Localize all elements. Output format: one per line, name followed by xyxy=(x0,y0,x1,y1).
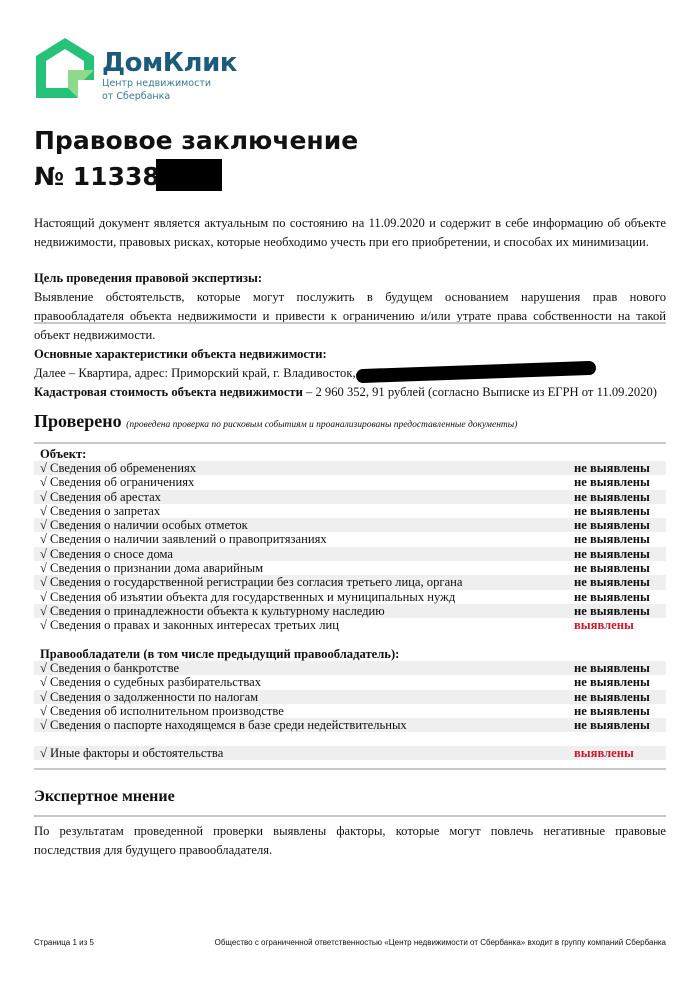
check-status: не выявлены xyxy=(574,604,666,618)
check-row: √ Сведения о сносе домане выявлены xyxy=(34,547,666,561)
check-status: не выявлены xyxy=(574,718,666,732)
brand-name: ДомКлик xyxy=(102,50,237,76)
check-label: √ Сведения о сносе дома xyxy=(40,547,173,561)
check-status: не выявлены xyxy=(574,461,666,475)
company-note: Общество с ограниченной ответственностью… xyxy=(215,938,666,947)
divider xyxy=(34,322,666,324)
expert-heading: Экспертное мнение xyxy=(34,788,175,806)
divider xyxy=(34,768,666,770)
check-status: выявлены xyxy=(574,618,666,632)
group-other: √ Иные факторы и обстоятельствавыявлены xyxy=(34,746,666,760)
brand-tagline-2: от Сбербанка xyxy=(102,91,237,102)
expert-text: По результатам проведенной проверки выяв… xyxy=(34,822,666,860)
check-label: √ Сведения о правах и законных интересах… xyxy=(40,618,339,632)
check-status: не выявлены xyxy=(574,675,666,689)
group-object: Объект:√ Сведения об обремененияхне выяв… xyxy=(34,447,666,633)
purpose-heading: Цель проведения правовой экспертизы: xyxy=(34,269,666,288)
house-logo-icon xyxy=(34,36,96,100)
check-label: √ Сведения об обременениях xyxy=(40,461,196,475)
cadastral-value: Кадастровая стоимость объекта недвижимос… xyxy=(34,383,666,402)
check-label: √ Сведения об ограничениях xyxy=(40,475,194,489)
check-label: √ Сведения о судебных разбирательствах xyxy=(40,675,261,689)
check-label: √ Сведения об изъятии объекта для госуда… xyxy=(40,590,455,604)
check-status: не выявлены xyxy=(574,561,666,575)
page-footer: Страница 1 из 5 Общество с ограниченной … xyxy=(34,938,666,947)
check-row: √ Сведения о признании дома аварийнымне … xyxy=(34,561,666,575)
document-title: Правовое заключение № 11338 xyxy=(34,123,358,195)
check-status: не выявлены xyxy=(574,518,666,532)
intro-paragraph: Настоящий документ является актуальным п… xyxy=(34,214,666,252)
checked-note: (проведена проверка по рисковым событиям… xyxy=(126,420,517,430)
check-row: √ Сведения об исполнительном производств… xyxy=(34,704,666,718)
check-label: √ Сведения о принадлежности объекта к ку… xyxy=(40,604,385,618)
redaction-box xyxy=(156,159,222,191)
check-row: √ Сведения о паспорте находящемся в базе… xyxy=(34,718,666,732)
property-section: Основные характеристики объекта недвижим… xyxy=(34,345,666,402)
group-title: Объект: xyxy=(34,447,666,461)
divider xyxy=(34,815,666,817)
check-label: √ Сведения о наличии особых отметок xyxy=(40,518,248,532)
check-status: не выявлены xyxy=(574,690,666,704)
check-row: √ Сведения о наличии особых отметокне вы… xyxy=(34,518,666,532)
check-row: √ Сведения об изъятии объекта для госуда… xyxy=(34,590,666,604)
property-address: Далее – Квартира, адрес: Приморский край… xyxy=(34,364,666,383)
check-row: √ Сведения о правах и законных интересах… xyxy=(34,618,666,632)
check-label: √ Сведения о паспорте находящемся в базе… xyxy=(40,718,407,732)
document-number: № 11338 xyxy=(34,159,358,195)
check-row: √ Иные факторы и обстоятельствавыявлены xyxy=(34,746,666,760)
check-label: √ Сведения об исполнительном производств… xyxy=(40,704,284,718)
page-number: Страница 1 из 5 xyxy=(34,938,94,947)
check-row: √ Сведения о судебных разбирательствахне… xyxy=(34,675,666,689)
number-prefix: № 11338 xyxy=(34,162,160,191)
title-line: Правовое заключение xyxy=(34,123,358,159)
check-row: √ Сведения об обремененияхне выявлены xyxy=(34,461,666,475)
check-label: √ Сведения о запретах xyxy=(40,504,160,518)
purpose-text: Выявление обстоятельств, которые могут п… xyxy=(34,288,666,345)
checked-heading: Проверено (проведена проверка по рисковы… xyxy=(34,411,517,432)
check-status: не выявлены xyxy=(574,575,666,589)
domclick-logo: ДомКлик Центр недвижимости от Сбербанка xyxy=(34,36,237,102)
check-label: √ Сведения о признании дома аварийным xyxy=(40,561,263,575)
check-label: √ Иные факторы и обстоятельства xyxy=(40,746,223,760)
divider xyxy=(34,442,666,444)
check-status: выявлены xyxy=(574,746,666,760)
group-title: Правообладатели (в том числе предыдущий … xyxy=(34,647,666,661)
address-redaction xyxy=(355,361,595,383)
check-status: не выявлены xyxy=(574,590,666,604)
check-row: √ Сведения о задолженности по налогамне … xyxy=(34,690,666,704)
check-row: √ Сведения о наличии заявлений о правопр… xyxy=(34,532,666,546)
check-row: √ Сведения о банкротствене выявлены xyxy=(34,661,666,675)
check-status: не выявлены xyxy=(574,504,666,518)
check-row: √ Сведения о государственной регистрации… xyxy=(34,575,666,589)
check-row: √ Сведения об арестахне выявлены xyxy=(34,490,666,504)
brand-tagline-1: Центр недвижимости xyxy=(102,78,237,89)
check-label: √ Сведения о задолженности по налогам xyxy=(40,690,258,704)
check-row: √ Сведения о запретахне выявлены xyxy=(34,504,666,518)
check-status: не выявлены xyxy=(574,661,666,675)
check-status: не выявлены xyxy=(574,532,666,546)
check-status: не выявлены xyxy=(574,547,666,561)
check-label: √ Сведения об арестах xyxy=(40,490,161,504)
check-status: не выявлены xyxy=(574,704,666,718)
check-label: √ Сведения о банкротстве xyxy=(40,661,179,675)
check-label: √ Сведения о наличии заявлений о правопр… xyxy=(40,532,327,546)
check-status: не выявлены xyxy=(574,490,666,504)
check-row: √ Сведения об ограниченияхне выявлены xyxy=(34,475,666,489)
check-status: не выявлены xyxy=(574,475,666,489)
group-owners: Правообладатели (в том числе предыдущий … xyxy=(34,647,666,732)
check-row: √ Сведения о принадлежности объекта к ку… xyxy=(34,604,666,618)
purpose-section: Цель проведения правовой экспертизы: Выя… xyxy=(34,269,666,345)
check-label: √ Сведения о государственной регистрации… xyxy=(40,575,463,589)
